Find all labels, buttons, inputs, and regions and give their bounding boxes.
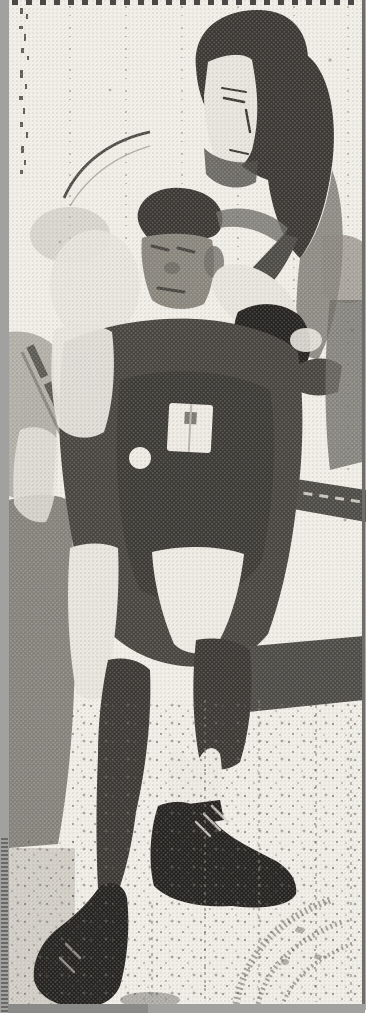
bottom-strip-dark (8, 1004, 148, 1013)
halftone-photo-canvas (0, 0, 387, 1024)
halftone-texture (0, 0, 366, 1012)
right-white-margin (366, 0, 387, 1024)
right-edge-line (362, 0, 366, 1010)
bottom-white-margin (0, 1013, 387, 1024)
newspaper-photo (0, 0, 387, 1024)
